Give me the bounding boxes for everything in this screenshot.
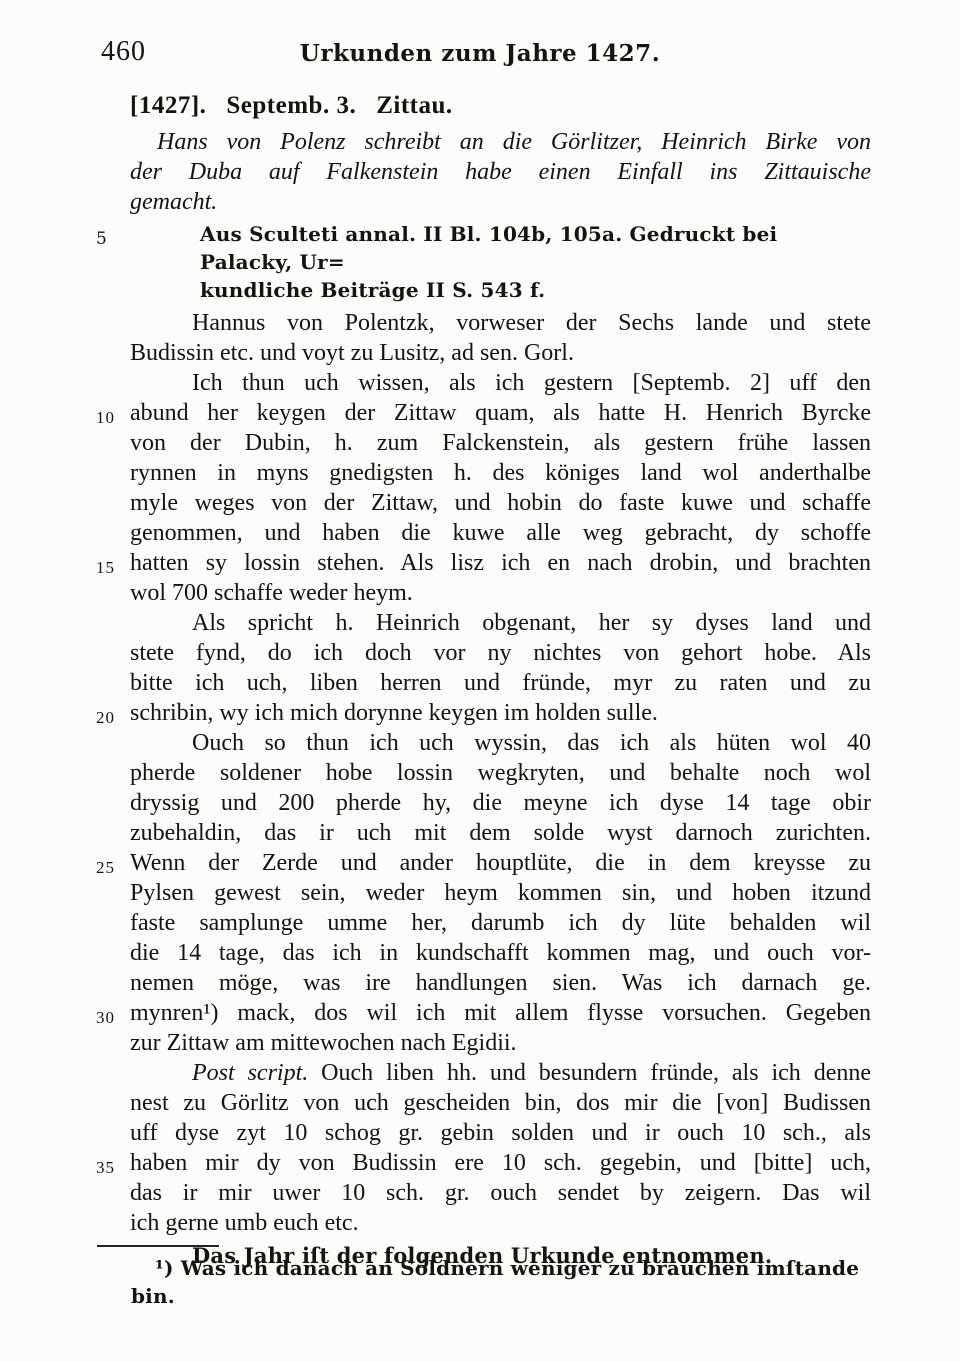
- text-line: uff dyse zyt 10 schog gr. gebin solden u…: [130, 1118, 871, 1148]
- text-line: 25Wenn der Zerde und ander houptlüte, di…: [130, 848, 871, 878]
- text-line: das ir mir uwer 10 sch. gr. ouch sendet …: [130, 1178, 871, 1208]
- source-note: 5Aus Sculteti annal. II Bl. 104b, 105a. …: [130, 220, 871, 304]
- text-line: dryssig und 200 pherde hy, die meyne ich…: [130, 788, 871, 818]
- text-line: pherde soldener hobe lossin wegkryten, u…: [130, 758, 871, 788]
- text-line: Post script. Ouch liben hh. und besunder…: [130, 1058, 871, 1088]
- text-line: Ich thun uch wissen, als ich gestern [Se…: [130, 368, 871, 398]
- summary-line: gemacht.: [130, 187, 871, 217]
- margin-line-number: 30: [96, 1003, 126, 1033]
- entry-heading-place: Zittau.: [376, 90, 452, 122]
- margin-line-number: 20: [96, 703, 126, 733]
- text-line: 35haben mir dy von Budissin ere 10 sch. …: [130, 1148, 871, 1178]
- entry-heading-date: Septemb. 3.: [226, 90, 356, 122]
- text-line: faste samplunge umme her, darumb ich dy …: [130, 908, 871, 938]
- margin-line-number: 35: [96, 1153, 126, 1183]
- text-line: Ouch so thun ich uch wyssin, das ich als…: [130, 728, 871, 758]
- running-header: 460 Urkunden zum Jahre 1427.: [0, 34, 960, 68]
- text-line: von der Dubin, h. zum Falckenstein, als …: [130, 428, 871, 458]
- footnote-text: Was ich danach an Söldnern weniger zu br…: [131, 1256, 859, 1308]
- margin-line-number: 25: [96, 853, 126, 883]
- footnote: ¹) Was ich danach an Söldnern weniger zu…: [131, 1254, 871, 1310]
- text-line: die 14 tage, das ich in kundschafft komm…: [130, 938, 871, 968]
- text-line: 20schribin, wy ich mich dorynne keygen i…: [130, 698, 871, 728]
- text-line: 30mynren¹) mack, dos wil ich mit allem f…: [130, 998, 871, 1028]
- text-line: 15hatten sy lossin stehen. Als lisz ich …: [130, 548, 871, 578]
- text-line: nemen möge, was ire handlungen sien. Was…: [130, 968, 871, 998]
- entry-summary: Hans von Polenz schreibt an die Görlitze…: [130, 127, 871, 217]
- text-line: nest zu Görlitz von uch gescheiden bin, …: [130, 1088, 871, 1118]
- text-line: 10abund her keygen der Zittaw quam, als …: [130, 398, 871, 428]
- text-line: myle weges von der Zittaw, und hobin do …: [130, 488, 871, 518]
- summary-line: der Duba auf Falkenstein habe einen Einf…: [130, 157, 871, 187]
- text-line: bitte ich uch, liben herren und fründe, …: [130, 668, 871, 698]
- margin-line-number: 5: [96, 225, 126, 253]
- text-line: Budissin etc. und voyt zu Lusitz, ad sen…: [130, 338, 871, 368]
- margin-line-number: 10: [96, 403, 126, 433]
- summary-line: Hans von Polenz schreibt an die Görlitze…: [130, 127, 871, 157]
- book-page-scan: 460 Urkunden zum Jahre 1427. [1427]. Sep…: [0, 0, 960, 1361]
- entry-heading-year: [1427].: [130, 90, 206, 122]
- running-title: Urkunden zum Jahre 1427.: [0, 40, 960, 67]
- text-line: rynnen in myns gnedigsten h. des königes…: [130, 458, 871, 488]
- text-line: zur Zittaw am mittewochen nach Egidii.: [130, 1028, 871, 1058]
- footnote-separator: [97, 1245, 219, 1247]
- text-line: Hannus von Polentzk, vorweser der Sechs …: [130, 308, 871, 338]
- text-line: ich gerne umb euch etc.: [130, 1208, 871, 1238]
- text-line: Pylsen gewest sein, weder heym kommen si…: [130, 878, 871, 908]
- text-line: zubehaldin, das ir uch mit dem solde wys…: [130, 818, 871, 848]
- source-note-line: 5Aus Sculteti annal. II Bl. 104b, 105a. …: [200, 220, 871, 276]
- entry-heading: [1427]. Septemb. 3. Zittau.: [130, 90, 871, 122]
- text-line: stete fynd, do ich doch vor ny nichtes v…: [130, 638, 871, 668]
- post-script-label: Post script.: [192, 1060, 308, 1086]
- letter-text: Hannus von Polentzk, vorweser der Sechs …: [130, 308, 871, 1238]
- footnote-marker: ¹): [155, 1256, 174, 1280]
- text-line: genommen, und haben die kuwe alle weg ge…: [130, 518, 871, 548]
- text-line: wol 700 schaffe weder heym.: [130, 578, 871, 608]
- margin-line-number: 15: [96, 553, 126, 583]
- text-line: Als spricht h. Heinrich obgenant, her sy…: [130, 608, 871, 638]
- source-note-line: kundliche Beiträge II S. 543 f.: [200, 276, 871, 304]
- document-body: [1427]. Septemb. 3. Zittau. Hans von Pol…: [130, 90, 871, 1271]
